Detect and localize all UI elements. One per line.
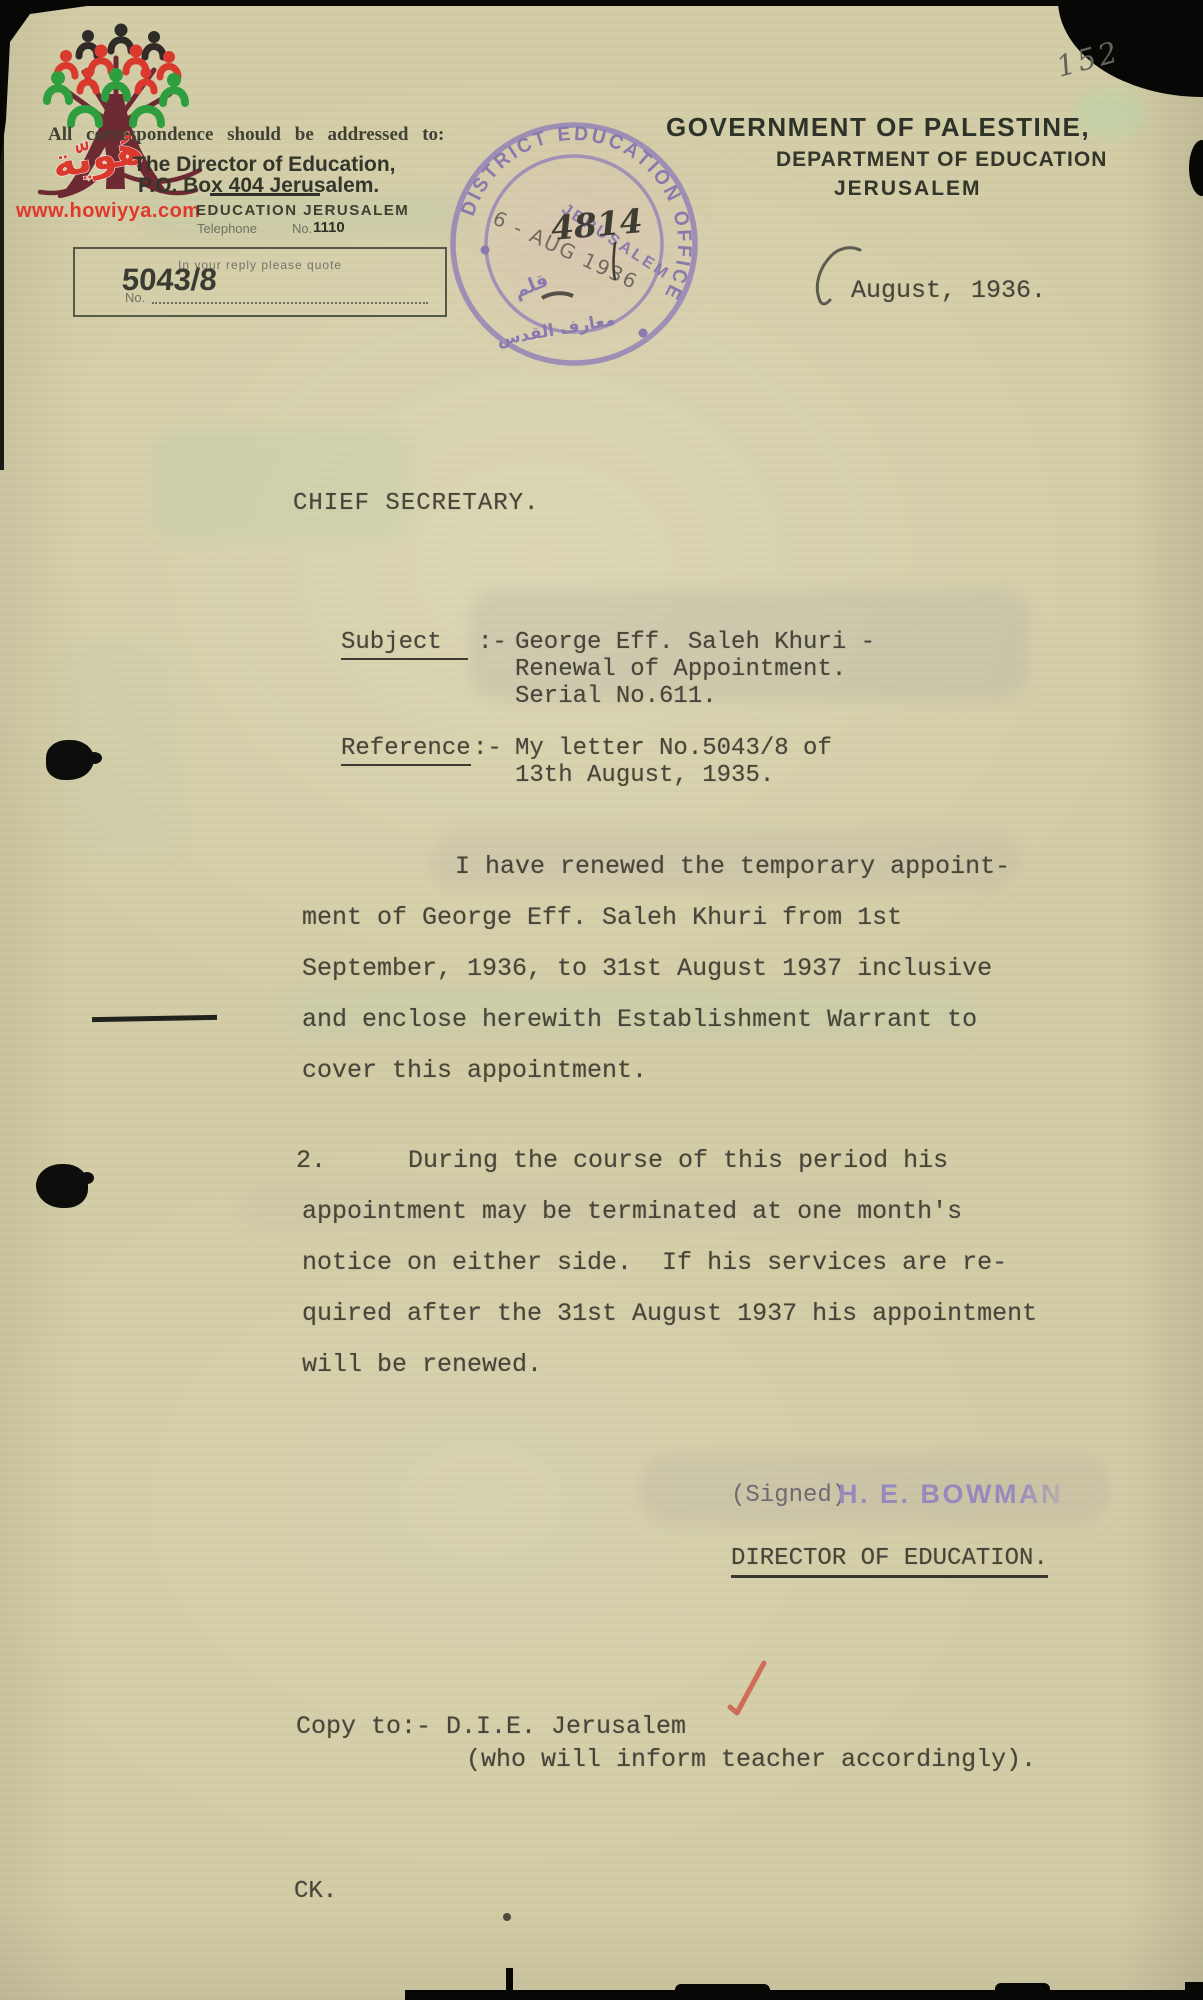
copy-to-line: Copy to:- D.I.E. Jerusalem bbox=[296, 1712, 686, 1741]
scan-bar-lump bbox=[675, 1984, 770, 2000]
punch-hole bbox=[36, 1164, 88, 1208]
ink-speck bbox=[503, 1913, 511, 1921]
subject-separator: :- bbox=[478, 629, 507, 656]
watermark-url: www.howiyya.com bbox=[16, 200, 201, 223]
red-checkmark-icon bbox=[722, 1655, 774, 1717]
letterhead-address-note: All correspondence should be addressed t… bbox=[48, 124, 444, 146]
body-line: ment of George Eff. Saleh Khuri from 1st bbox=[302, 903, 902, 932]
signature-name-stamp: H. E. BOWMAN bbox=[838, 1479, 1063, 1510]
copy-to-line: (who will inform teacher accordingly). bbox=[466, 1745, 1036, 1774]
body-line: notice on either side. If his services a… bbox=[302, 1248, 1007, 1277]
reference-line: My letter No.5043/8 of bbox=[515, 735, 832, 762]
body-line: quired after the 31st August 1937 his ap… bbox=[302, 1299, 1037, 1328]
box-dotted-line bbox=[152, 294, 428, 304]
body-line: and enclose herewith Establishment Warra… bbox=[302, 1005, 977, 1034]
district-office-stamp: DISTRICT EDUCATION OFFICE JERUSALEM 6 - … bbox=[447, 120, 702, 370]
signed-label: (Signed) bbox=[731, 1482, 846, 1509]
stamp-dot bbox=[639, 329, 648, 338]
stamp-arabic-2: معارف القدس bbox=[495, 310, 616, 350]
body-line: I have renewed the temporary appoint- bbox=[455, 852, 1010, 881]
punch-hole bbox=[80, 1172, 94, 1184]
subject-line: Serial No.611. bbox=[515, 683, 717, 710]
signature-title: DIRECTOR OF EDUCATION. bbox=[731, 1545, 1048, 1578]
scan-bar-lump bbox=[1185, 1982, 1203, 2000]
subject-line: Renewal of Appointment. bbox=[515, 656, 846, 683]
letterhead-underline bbox=[210, 193, 320, 196]
letterhead-telegrams: EDUCATION JERUSALEM bbox=[196, 202, 409, 219]
body-line: will be renewed. bbox=[302, 1350, 542, 1379]
government-title: GOVERNMENT OF PALESTINE, bbox=[666, 112, 1090, 143]
reference-line: 13th August, 1935. bbox=[515, 762, 774, 789]
reference-separator: :- bbox=[473, 735, 502, 762]
stamp-filing-number: 4814 bbox=[549, 201, 644, 248]
recipient-line: CHIEF SECRETARY. bbox=[293, 490, 539, 517]
department-title: DEPARTMENT OF EDUCATION bbox=[776, 148, 1107, 172]
scan-bar-tick bbox=[506, 1968, 513, 2000]
letterhead-telephone-label: Telephone bbox=[197, 221, 257, 236]
subject-label: Subject bbox=[341, 629, 468, 660]
city-title: JERUSALEM bbox=[834, 177, 982, 201]
ink-squiggle bbox=[542, 293, 573, 298]
paragraph-number: 2. bbox=[296, 1146, 326, 1175]
subject-line: George Eff. Saleh Khuri - bbox=[515, 629, 875, 656]
date-line: August, 1936. bbox=[851, 276, 1046, 305]
scan-bar-lump bbox=[995, 1983, 1050, 2000]
body-line: September, 1936, to 31st August 1937 inc… bbox=[302, 954, 992, 983]
box-no-label: No. bbox=[125, 290, 145, 305]
body-line: appointment may be terminated at one mon… bbox=[302, 1197, 962, 1226]
letterhead-telephone-no-label: No. bbox=[292, 221, 312, 236]
body-line: cover this appointment. bbox=[302, 1056, 647, 1085]
reference-label: Reference bbox=[341, 735, 471, 766]
pen-stroke bbox=[614, 242, 616, 280]
typist-initials: CK. bbox=[294, 1878, 337, 1905]
letterhead-telephone-number: 1110 bbox=[313, 219, 345, 236]
scan-edge-top bbox=[0, 0, 1100, 6]
scan-edge-left bbox=[0, 0, 4, 470]
stamp-dot bbox=[481, 246, 490, 255]
body-line: During the course of this period his bbox=[408, 1146, 948, 1175]
scan-bar-bottom bbox=[405, 1990, 1203, 2000]
punch-hole bbox=[86, 752, 102, 764]
